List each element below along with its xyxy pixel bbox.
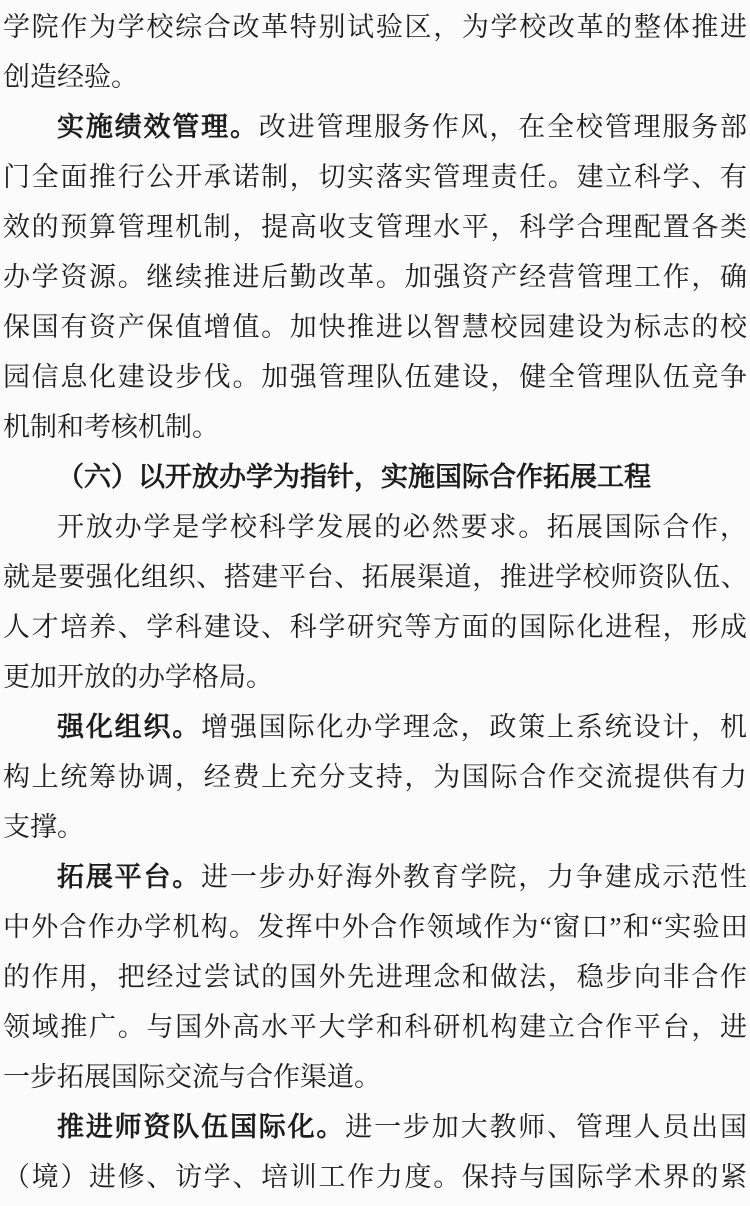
text-line: 支撑。 — [3, 802, 747, 852]
text-run: 办学资源。继续推进后勤改革。加强资产经营管理工作，确 — [3, 262, 747, 292]
text-run: 进一步办好海外教育学院，力争建成示范性 — [201, 862, 747, 892]
text-line: 的作用，把经过尝试的国外先进理念和做法，稳步向非合作 — [3, 952, 747, 1002]
text-run: 构上统筹协调，经费上充分支持，为国际合作交流提供有力 — [3, 762, 747, 792]
text-line: 一步拓展国际交流与合作渠道。 — [3, 1052, 747, 1102]
text-run: 增强国际化办学理念，政策上系统设计，机 — [201, 712, 747, 742]
text-run: 更加开放的办学格局。 — [3, 662, 273, 692]
text-run: 开放办学是学校科学发展的必然要求。拓展国际合作， — [57, 512, 747, 542]
text-run: 机制和考核机制。 — [3, 412, 219, 442]
text-line: 构上统筹协调，经费上充分支持，为国际合作交流提供有力 — [3, 752, 747, 802]
text-run: 就是要强化组织、搭建平台、拓展渠道，推进学校师资队伍、 — [3, 562, 747, 592]
text-run: 支撑。 — [3, 812, 84, 842]
document-body: 学院作为学校综合改革特别试验区，为学校改革的整体推进创造经验。实施绩效管理。改进… — [3, 2, 747, 1202]
text-line: 人才培养、学科建设、科学研究等方面的国际化进程，形成 — [3, 602, 747, 652]
text-line: 办学资源。继续推进后勤改革。加强资产经营管理工作，确 — [3, 252, 747, 302]
text-line: （境）进修、访学、培训工作力度。保持与国际学术界的紧 — [3, 1152, 747, 1202]
text-run: 门全面推行公开承诺制，切实落实管理责任。建立科学、有 — [3, 162, 747, 192]
text-line: 推进师资队伍国际化。进一步加大教师、管理人员出国 — [3, 1102, 747, 1152]
text-line: 创造经验。 — [3, 52, 747, 102]
text-line: 开放办学是学校科学发展的必然要求。拓展国际合作， — [3, 502, 747, 552]
text-line: 园信息化建设步伐。加强管理队伍建设，健全管理队伍竞争 — [3, 352, 747, 402]
text-run: 创造经验。 — [3, 62, 138, 92]
text-run: （境）进修、访学、培训工作力度。保持与国际学术界的紧 — [3, 1162, 747, 1192]
text-line: 门全面推行公开承诺制，切实落实管理责任。建立科学、有 — [3, 152, 747, 202]
text-run: 改进管理服务作风，在全校管理服务部 — [259, 112, 747, 142]
text-run: 保国有资产保值增值。加快推进以智慧校园建设为标志的校 — [3, 312, 747, 342]
text-line: 领域推广。与国外高水平大学和科研机构建立合作平台，进 — [3, 1002, 747, 1052]
text-line: 学院作为学校综合改革特别试验区，为学校改革的整体推进 — [3, 2, 747, 52]
text-line: 保国有资产保值增值。加快推进以智慧校园建设为标志的校 — [3, 302, 747, 352]
text-line: 中外合作办学机构。发挥中外合作领域作为“窗口”和“实验田 — [3, 902, 747, 952]
section-heading: （六）以开放办学为指针，实施国际合作拓展工程 — [3, 452, 747, 502]
bold-text-run: 推进师资队伍国际化。 — [57, 1112, 345, 1142]
text-run: 一步拓展国际交流与合作渠道。 — [3, 1062, 381, 1092]
text-run: 进一步加大教师、管理人员出国 — [345, 1112, 747, 1142]
text-run: 园信息化建设步伐。加强管理队伍建设，健全管理队伍竞争 — [3, 362, 747, 392]
text-line: 强化组织。增强国际化办学理念，政策上系统设计，机 — [3, 702, 747, 752]
text-run: 领域推广。与国外高水平大学和科研机构建立合作平台，进 — [3, 1012, 747, 1042]
text-run: 中外合作办学机构。发挥中外合作领域作为“窗口”和“实验田 — [3, 912, 747, 942]
text-run: 人才培养、学科建设、科学研究等方面的国际化进程，形成 — [3, 612, 747, 642]
bold-text-run: （六）以开放办学为指针，实施国际合作拓展工程 — [57, 462, 651, 492]
text-run: 的作用，把经过尝试的国外先进理念和做法，稳步向非合作 — [3, 962, 747, 992]
text-line: 实施绩效管理。改进管理服务作风，在全校管理服务部 — [3, 102, 747, 152]
text-run: 学院作为学校综合改革特别试验区，为学校改革的整体推进 — [3, 12, 747, 42]
bold-text-run: 拓展平台。 — [57, 862, 201, 892]
text-run: 效的预算管理机制，提高收支管理水平，科学合理配置各类 — [3, 212, 747, 242]
bold-text-run: 强化组织。 — [57, 712, 201, 742]
text-line: 拓展平台。进一步办好海外教育学院，力争建成示范性 — [3, 852, 747, 902]
text-line: 效的预算管理机制，提高收支管理水平，科学合理配置各类 — [3, 202, 747, 252]
text-line: 机制和考核机制。 — [3, 402, 747, 452]
bold-text-run: 实施绩效管理。 — [57, 112, 259, 142]
document-page: 学院作为学校综合改革特别试验区，为学校改革的整体推进创造经验。实施绩效管理。改进… — [0, 0, 750, 1206]
text-line: 更加开放的办学格局。 — [3, 652, 747, 702]
text-line: 就是要强化组织、搭建平台、拓展渠道，推进学校师资队伍、 — [3, 552, 747, 602]
